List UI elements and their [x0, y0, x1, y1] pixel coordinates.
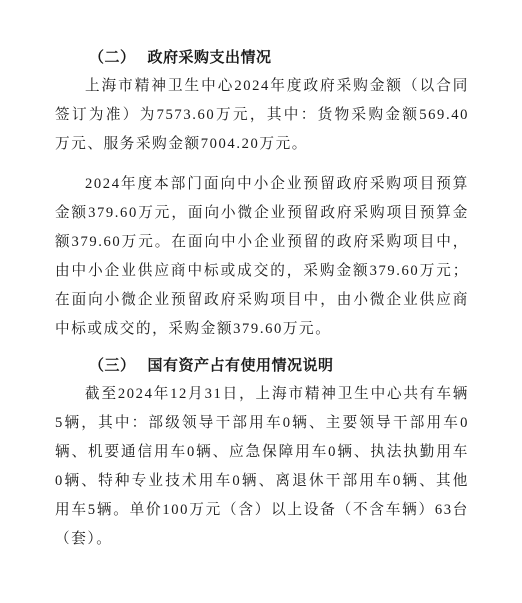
document-page: （二）政府采购支出情况 上海市精神卫生中心2024年度政府采购金额（以合同签订为…: [55, 44, 469, 554]
section-title: 政府采购支出情况: [148, 50, 272, 66]
section-title: 国有资产占有使用情况说明: [148, 358, 334, 374]
paragraph-procurement-total: 上海市精神卫生中心2024年度政府采购金额（以合同签订为准）为7573.60万元…: [55, 72, 469, 159]
section-heading-state-assets: （三）国有资产占有使用情况说明: [55, 352, 469, 380]
section-heading-procurement: （二）政府采购支出情况: [55, 44, 469, 72]
section-number: （三）: [89, 358, 136, 374]
paragraph-vehicles-equipment: 截至2024年12月31日，上海市精神卫生中心共有车辆5辆，其中：部级领导干部用…: [55, 380, 469, 554]
paragraph-sme-procurement: 2024年度本部门面向中小企业预留政府采购项目预算金额379.60万元，面向小微…: [55, 170, 469, 344]
section-number: （二）: [89, 50, 136, 66]
